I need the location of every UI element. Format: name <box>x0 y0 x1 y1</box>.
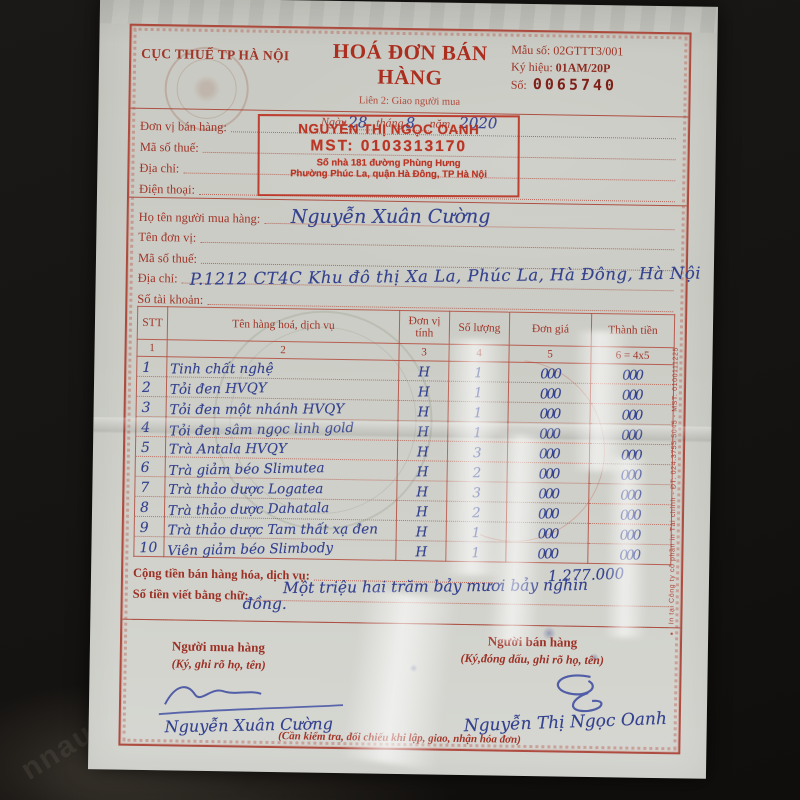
row-amount: 000 <box>621 448 641 464</box>
seller-rubber-stamp: NGUYỄN THỊ NGỌC OANH MST: 0103313170 Số … <box>257 114 519 197</box>
serial-value: 01AM/20P <box>556 60 611 75</box>
row-unit-price: 000 <box>537 506 557 522</box>
col-amount: Thành tiền <box>591 313 675 347</box>
col-unit-price: Đơn giá <box>509 312 592 346</box>
row-qty: 1 <box>474 405 483 421</box>
buyer-unit-label: Tên đơn vị: <box>138 230 196 246</box>
row-item-name: Tỏi đen HVQY <box>170 380 267 398</box>
row-unit-price: 000 <box>539 406 559 422</box>
number-label: Số: <box>511 78 527 92</box>
buyer-address-label: Địa chỉ: <box>138 271 178 287</box>
buyer-section: Họ tên người mua hàng:Nguyễn Xuân Cường … <box>137 198 677 314</box>
row-amount: 000 <box>620 507 640 523</box>
buyer-signed-name: Nguyễn Xuân Cường <box>165 714 334 736</box>
row-unit: H <box>415 544 427 560</box>
row-stt: 7 <box>140 480 149 496</box>
row-unit: H <box>416 484 428 500</box>
buyer-name-label: Họ tên người mua hàng: <box>139 209 261 226</box>
subcol-5: 5 <box>509 345 591 363</box>
form-value: 02GTTT3/001 <box>553 43 623 58</box>
seller-phone-label: Điện thoại: <box>139 182 195 198</box>
buyer-signature-block: Người mua hàng (Ký, ghi rõ họ, tên) Nguy… <box>131 628 402 732</box>
row-unit-price: 000 <box>538 466 558 482</box>
invoice-paper: CỤC THUẾ TP HÀ NỘI HOÁ ĐƠN BÁN HÀNG Liên… <box>88 0 718 779</box>
row-qty: 3 <box>473 485 482 501</box>
row-qty: 1 <box>474 385 483 401</box>
invoice-number: 0065740 <box>533 75 617 94</box>
row-unit-price: 000 <box>540 366 560 382</box>
row-qty: 2 <box>473 465 482 481</box>
buyer-signature-note: (Ký, ghi rõ họ, tên) <box>172 656 401 675</box>
row-stt: 6 <box>141 460 150 476</box>
row-qty: 2 <box>472 505 481 521</box>
col-item-name: Tên hàng hoá, dịch vụ <box>167 307 399 344</box>
row-qty: 1 <box>473 425 482 441</box>
seller-signature-block: Người bán hàng (Ký,đóng dấu, ghi rõ họ, … <box>400 632 671 736</box>
seller-signature-note: (Ký,đóng dấu, ghi rõ họ, tên) <box>401 650 664 669</box>
subcol-1: 1 <box>137 339 167 356</box>
stamp-seller-name: NGUYỄN THỊ NGỌC OANH <box>260 121 518 137</box>
row-unit: H <box>417 384 429 400</box>
row-item-name: Trà thảo dược Logatea <box>168 481 323 498</box>
row-stt: 4 <box>141 420 150 436</box>
row-item-name: Tỏi đen một nhánh HVQY <box>170 401 345 418</box>
seller-section: Đơn vị bán hàng: Mã số thuế: Địa chỉ: Đi… <box>139 109 678 205</box>
row-unit: H <box>417 444 429 460</box>
row-item-name: Tinh chất nghệ <box>170 361 273 378</box>
row-qty: 1 <box>472 525 481 541</box>
col-quantity: Số lượng <box>449 311 510 345</box>
buyer-account-label: Số tài khoản: <box>137 291 203 307</box>
row-stt: 2 <box>142 380 151 396</box>
row-unit: H <box>418 364 430 380</box>
amount-in-words-continued: đồng. <box>243 595 287 613</box>
totals-section: Cộng tiền bán hàng hóa, dịch vụ: 1.277.0… <box>132 557 671 627</box>
row-stt: 5 <box>141 440 150 456</box>
seller-unit-label: Đơn vị bán hàng: <box>140 119 227 135</box>
row-item-name: Tỏi đen sâm ngọc linh gold <box>169 420 354 440</box>
invoice-border-frame: CỤC THUẾ TP HÀ NỘI HOÁ ĐƠN BÁN HÀNG Liên… <box>118 24 691 755</box>
row-unit: H <box>416 464 428 480</box>
buyer-name-handwritten: Nguyễn Xuân Cường <box>291 206 491 228</box>
row-unit: H <box>415 524 427 540</box>
invoice-header: CỤC THUẾ TP HÀ NỘI HOÁ ĐƠN BÁN HÀNG Liên… <box>140 26 679 116</box>
row-amount: 000 <box>621 427 641 443</box>
signature-section: Người mua hàng (Ký, ghi rõ họ, tên) Nguy… <box>131 620 671 736</box>
row-amount: 000 <box>622 408 642 424</box>
row-amount: 000 <box>620 528 640 544</box>
seller-signature-title: Người bán hàng <box>401 632 664 652</box>
row-unit: H <box>417 404 429 420</box>
seller-signed-name: Nguyễn Thị Ngọc Oanh <box>463 709 667 736</box>
stamp-address-line2: Phường Phúc La, quận Hà Đông, TP Hà Nội <box>260 168 518 180</box>
subcol-4: 4 <box>449 344 509 362</box>
form-label: Mẫu số: <box>511 43 550 58</box>
subcol-3: 3 <box>399 343 449 361</box>
seller-tax-label: Mã số thuế: <box>140 140 199 156</box>
row-unit-price: 000 <box>539 386 559 402</box>
row-unit-price: 000 <box>538 486 558 502</box>
tax-agency-name: CỤC THUẾ TP HÀ NỘI <box>141 46 309 65</box>
subcol-6: 6 = 4x5 <box>591 346 674 364</box>
row-item-name: Trà giảm béo Slimutea <box>169 460 325 479</box>
seller-address-label: Địa chỉ: <box>139 161 179 177</box>
row-unit-price: 000 <box>539 426 559 442</box>
row-qty: 1 <box>471 545 480 561</box>
invoice-title: HOÁ ĐƠN BÁN HÀNG <box>309 38 512 91</box>
row-unit: H <box>416 504 428 520</box>
row-stt: 1 <box>142 360 151 376</box>
amount-in-words-handwritten: Một triệu hai trăm bảy mươi bảy nghìn <box>283 576 588 597</box>
row-amount: 000 <box>622 368 642 384</box>
row-unit-price: 000 <box>537 526 557 542</box>
row-item-name: Trà Antala HVQY <box>169 441 287 458</box>
buyer-signature-title: Người mua hàng <box>172 638 401 658</box>
buyer-tax-label: Mã số thuế: <box>138 250 197 266</box>
row-item-name: Viên giảm béo Slimbody <box>167 540 333 559</box>
row-stt: 10 <box>139 540 157 556</box>
row-unit: H <box>417 424 429 440</box>
row-unit-price: 000 <box>539 446 559 462</box>
row-stt: 9 <box>140 520 149 536</box>
copy-line: Liên 2: Giao người mua <box>308 94 510 108</box>
printer-mark-icon: ▪ <box>667 629 676 639</box>
row-amount: 000 <box>621 467 641 483</box>
items-table: STT Tên hàng hoá, dịch vụ Đơn vị tính Số… <box>133 306 675 565</box>
row-qty: 3 <box>473 445 482 461</box>
row-item-name: Trà thảo dược Dahatala <box>168 500 329 519</box>
row-stt: 3 <box>142 400 151 416</box>
row-item-name: Trà thảo dược Tam thất xạ đen <box>168 521 378 538</box>
stamp-tax-id: MST: 0103313170 <box>260 137 518 156</box>
col-stt: STT <box>137 306 168 339</box>
serial-label: Ký hiệu: <box>511 60 553 75</box>
row-amount: 000 <box>622 387 642 403</box>
row-qty: 1 <box>474 365 483 381</box>
row-amount: 000 <box>619 547 639 563</box>
col-unit: Đơn vị tính <box>399 310 450 344</box>
row-amount: 000 <box>620 488 640 504</box>
number-line: Số: 0065740 <box>511 76 679 97</box>
row-unit-price: 000 <box>537 546 557 562</box>
row-stt: 8 <box>140 500 149 516</box>
